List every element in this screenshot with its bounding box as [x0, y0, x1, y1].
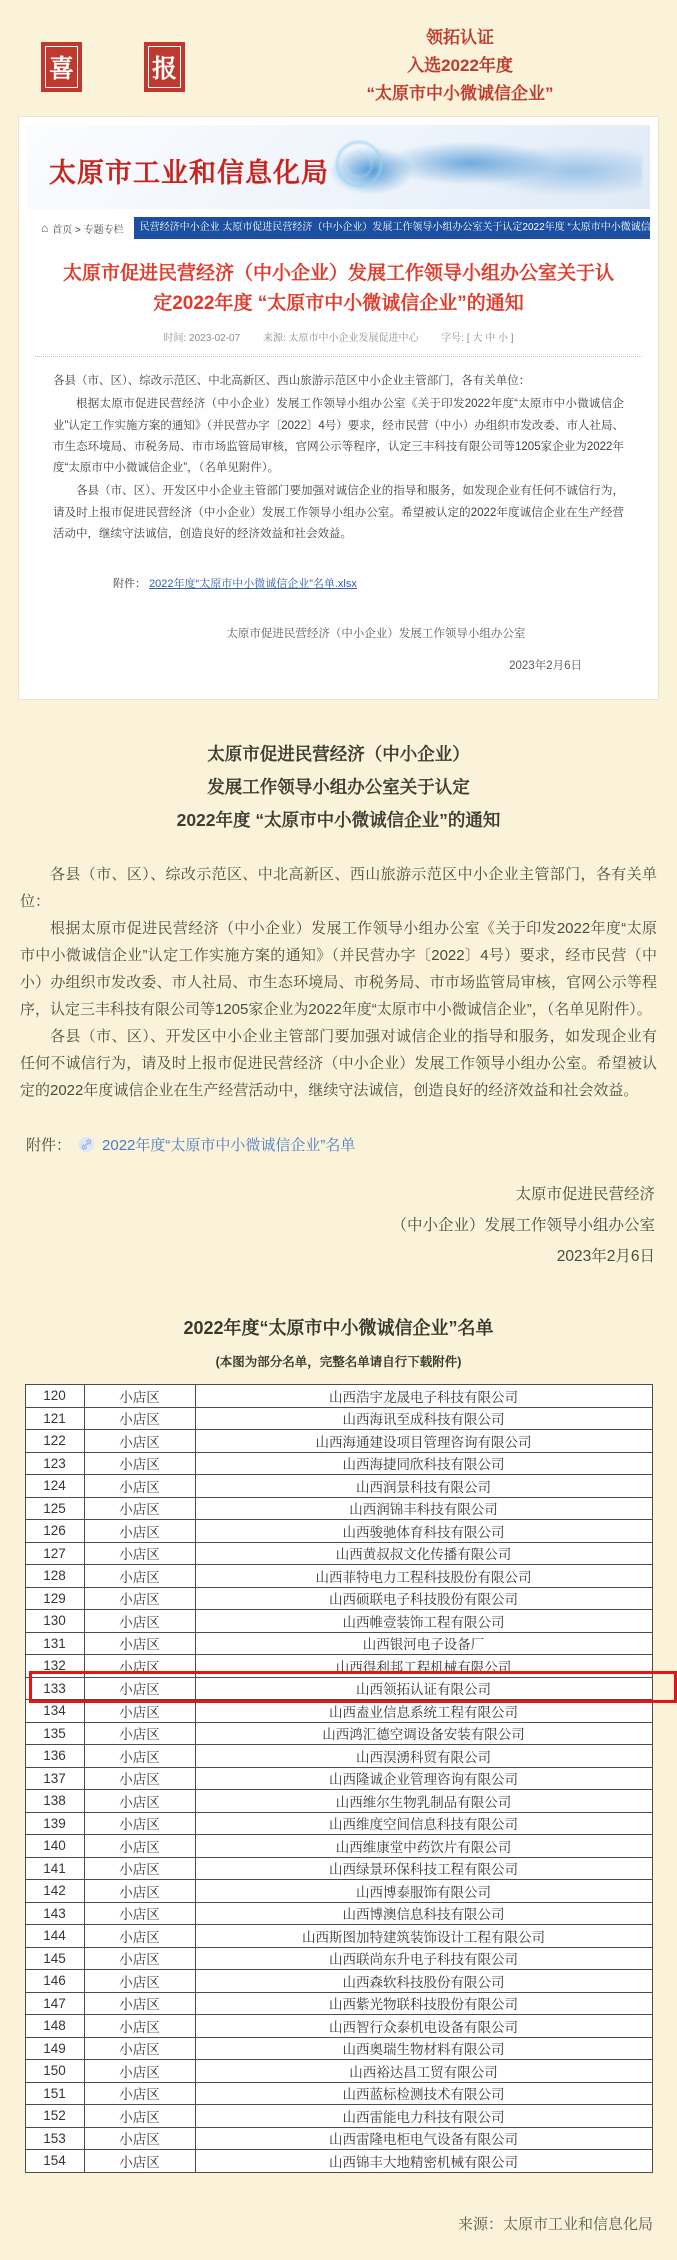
notice-signature-org-2: （中小企业）发展工作领导小组办公室 — [0, 1210, 655, 1241]
row-company: 山西鸿汇德空调设备安装有限公司 — [195, 1722, 652, 1745]
table-row: 145小店区山西联尚东升电子科技有限公司 — [25, 1947, 652, 1970]
row-company: 山西淏湧科贸有限公司 — [195, 1745, 652, 1768]
table-row: 146小店区山西森软科技股份有限公司 — [25, 1970, 652, 1993]
table-row: 137小店区山西隆诚企业管理咨询有限公司 — [25, 1767, 652, 1790]
row-number: 137 — [25, 1767, 84, 1790]
row-district: 小店区 — [84, 1700, 195, 1723]
row-company: 山西紫光物联科技股份有限公司 — [195, 1992, 652, 2015]
table-row: 125小店区山西润锦丰科技有限公司 — [25, 1497, 652, 1520]
row-company: 山西菲特电力工程科技股份有限公司 — [195, 1565, 652, 1588]
row-number: 120 — [25, 1385, 84, 1408]
row-district: 小店区 — [84, 1542, 195, 1565]
hero-line-company: 领拓认证 — [300, 24, 620, 52]
table-row: 152小店区山西雷能电力科技有限公司 — [25, 2105, 652, 2128]
row-company: 山西维康堂中药饮片有限公司 — [195, 1835, 652, 1858]
row-company: 山西绿景环保科技工程有限公司 — [195, 1857, 652, 1880]
notice-signature: 太原市促进民营经济 （中小企业）发展工作领导小组办公室 2023年2月6日 — [0, 1179, 677, 1272]
article-meta: 时间: 2023-02-07 来源: 太原市中小企业发展促进中心 字号: [ 大… — [27, 329, 650, 344]
row-company: 山西维度空间信息科技有限公司 — [195, 1812, 652, 1835]
table-row: 153小店区山西雷隆电柜电气设备有限公司 — [25, 2127, 652, 2150]
row-number: 138 — [25, 1790, 84, 1813]
article-paragraph-decision: 根据太原市促进民营经济（中小企业）发展工作领导小组办公室《关于印发2022年度“… — [53, 394, 624, 479]
row-company: 山西得利邦工程机械有限公司 — [195, 1655, 652, 1678]
row-number: 122 — [25, 1430, 84, 1453]
seal-xi: 喜 — [41, 42, 82, 92]
site-title: 太原市工业和信息化局 — [49, 151, 329, 190]
row-company: 山西海通建设项目管理咨询有限公司 — [195, 1430, 652, 1453]
row-company: 山西帷壹装饰工程有限公司 — [195, 1610, 652, 1633]
row-district: 小店区 — [84, 1610, 195, 1633]
notice-paragraph-requirements: 各县（市、区）、开发区中小企业主管部门要加强对诚信企业的指导和服务，如发现企业有… — [20, 1023, 657, 1104]
row-number: 124 — [25, 1475, 84, 1498]
row-district: 小店区 — [84, 2015, 195, 2038]
table-row: 133小店区山西领拓认证有限公司 — [25, 1677, 652, 1700]
row-company: 山西骏驰体育科技有限公司 — [195, 1520, 652, 1543]
row-district: 小店区 — [84, 1790, 195, 1813]
row-number: 134 — [25, 1700, 84, 1723]
row-company: 山西盍业信息系统工程有限公司 — [195, 1700, 652, 1723]
breadcrumb-current[interactable]: 民营经济中小企业 太原市促进民营经济（中小企业）发展工作领导小组办公室关于认定2… — [134, 217, 650, 239]
row-number: 128 — [25, 1565, 84, 1588]
table-row: 136小店区山西淏湧科贸有限公司 — [25, 1745, 652, 1768]
row-number: 129 — [25, 1587, 84, 1610]
article-body: 各县（市、区）、综改示范区、中北高新区、西山旅游示范区中小企业主管部门，各有关单… — [53, 371, 624, 545]
breadcrumb-home-label: 首页 > 专题专栏 — [52, 221, 123, 236]
row-district: 小店区 — [84, 1452, 195, 1475]
meta-time: 时间: 2023-02-07 — [163, 333, 240, 344]
table-row: 138小店区山西维尔生物乳制品有限公司 — [25, 1790, 652, 1813]
row-number: 126 — [25, 1520, 84, 1543]
seal-bao-char: 报 — [148, 46, 181, 88]
hero-line-selected: 入选2022年度 — [300, 52, 620, 80]
notice-title-line-1: 太原市促进民营经济（中小企业） — [0, 738, 677, 771]
row-number: 132 — [25, 1655, 84, 1678]
row-district: 小店区 — [84, 1407, 195, 1430]
row-number: 147 — [25, 1992, 84, 2015]
row-company: 山西森软科技股份有限公司 — [195, 1970, 652, 1993]
article-signature-org: 太原市促进民营经济（中小企业）发展工作领导小组办公室 — [27, 625, 650, 641]
website-screenshot: 太原市工业和信息化局 ⌂ 首页 > 专题专栏 民营经济中小企业 太原市促进民营经… — [18, 116, 659, 700]
row-number: 146 — [25, 1970, 84, 1993]
row-number: 135 — [25, 1722, 84, 1745]
notice-attachment-link[interactable]: 2022年度“太原市中小微诚信企业”名单 — [102, 1134, 355, 1155]
table-row: 144小店区山西斯图加特建筑装饰设计工程有限公司 — [25, 1925, 652, 1948]
company-table-wrap: 120小店区山西浩宇龙晟电子科技有限公司121小店区山西海讯至成科技有限公司12… — [25, 1384, 653, 2173]
notice-title-line-3: 2022年度 “太原市中小微诚信企业”的通知 — [0, 804, 677, 837]
row-company: 山西海捷同欣科技有限公司 — [195, 1452, 652, 1475]
row-district: 小店区 — [84, 1565, 195, 1588]
row-district: 小店区 — [84, 1655, 195, 1678]
row-district: 小店区 — [84, 1947, 195, 1970]
row-district: 小店区 — [84, 1767, 195, 1790]
table-row: 141小店区山西绿景环保科技工程有限公司 — [25, 1857, 652, 1880]
row-district: 小店区 — [84, 1497, 195, 1520]
link-icon — [78, 1136, 95, 1153]
row-district: 小店区 — [84, 1835, 195, 1858]
row-company: 山西雷能电力科技有限公司 — [195, 2105, 652, 2128]
row-company: 山西隆诚企业管理咨询有限公司 — [195, 1767, 652, 1790]
row-company: 山西斯图加特建筑装饰设计工程有限公司 — [195, 1925, 652, 1948]
row-number: 150 — [25, 2060, 84, 2083]
row-number: 127 — [25, 1542, 84, 1565]
notice-attachment-label: 附件： — [26, 1134, 71, 1155]
site-banner: 太原市工业和信息化局 — [27, 125, 650, 209]
row-number: 121 — [25, 1407, 84, 1430]
table-row: 151小店区山西蓝标检测技术有限公司 — [25, 2082, 652, 2105]
seal-xi-char: 喜 — [45, 46, 78, 88]
table-row: 121小店区山西海讯至成科技有限公司 — [25, 1407, 652, 1430]
home-icon: ⌂ — [41, 221, 48, 235]
notice-signature-date: 2023年2月6日 — [0, 1241, 655, 1272]
row-district: 小店区 — [84, 2037, 195, 2060]
row-company: 山西黄叔叔文化传播有限公司 — [195, 1542, 652, 1565]
row-company: 山西博泰服饰有限公司 — [195, 1880, 652, 1903]
notice-paragraph-decision: 根据太原市促进民营经济（中小企业）发展工作领导小组办公室《关于印发2022年度“… — [20, 915, 657, 1023]
table-row: 132小店区山西得利邦工程机械有限公司 — [25, 1655, 652, 1678]
article-attachment: 附件： 2022年度“太原市中小微诚信企业”名单.xlsx — [113, 575, 624, 591]
notice-attachment: 附件： 2022年度“太原市中小微诚信企业”名单 — [26, 1134, 657, 1155]
row-number: 141 — [25, 1857, 84, 1880]
table-row: 135小店区山西鸿汇德空调设备安装有限公司 — [25, 1722, 652, 1745]
row-district: 小店区 — [84, 2127, 195, 2150]
row-company: 山西海讯至成科技有限公司 — [195, 1407, 652, 1430]
row-company: 山西雷隆电柜电气设备有限公司 — [195, 2127, 652, 2150]
table-row: 143小店区山西博澳信息科技有限公司 — [25, 1902, 652, 1925]
table-row: 142小店区山西博泰服饰有限公司 — [25, 1880, 652, 1903]
row-company: 山西银河电子设备厂 — [195, 1632, 652, 1655]
row-district: 小店区 — [84, 2060, 195, 2083]
table-row: 154小店区山西锦丰大地精密机械有限公司 — [25, 2150, 652, 2173]
table-row: 128小店区山西菲特电力工程科技股份有限公司 — [25, 1565, 652, 1588]
row-number: 136 — [25, 1745, 84, 1768]
row-number: 131 — [25, 1632, 84, 1655]
table-row: 150小店区山西裕达昌工贸有限公司 — [25, 2060, 652, 2083]
hero-banner: 喜 报 领拓认证 入选2022年度 “太原市中小微诚信企业” — [0, 0, 677, 116]
row-district: 小店区 — [84, 2082, 195, 2105]
row-company: 山西维尔生物乳制品有限公司 — [195, 1790, 652, 1813]
row-number: 144 — [25, 1925, 84, 1948]
notice-body: 各县（市、区）、综改示范区、中北高新区、西山旅游示范区中小企业主管部门，各有关单… — [20, 861, 657, 1104]
row-district: 小店区 — [84, 1812, 195, 1835]
row-district: 小店区 — [84, 1857, 195, 1880]
row-number: 149 — [25, 2037, 84, 2060]
row-district: 小店区 — [84, 1745, 195, 1768]
table-row: 149小店区山西奥瑞生物材料有限公司 — [25, 2037, 652, 2060]
source-line: 来源：太原市工业和信息化局 — [0, 2213, 677, 2260]
row-district: 小店区 — [84, 1722, 195, 1745]
company-table: 120小店区山西浩宇龙晟电子科技有限公司121小店区山西海讯至成科技有限公司12… — [25, 1384, 653, 2173]
row-district: 小店区 — [84, 1385, 195, 1408]
list-header: 2022年度“太原市中小微诚信企业”名单 (本图为部分名单，完整名单请自行下载附… — [0, 1314, 677, 1370]
row-district: 小店区 — [84, 1430, 195, 1453]
article-title: 太原市促进民营经济（中小企业）发展工作领导小组办公室关于认定2022年度 “太原… — [55, 259, 622, 319]
row-number: 139 — [25, 1812, 84, 1835]
notice-paragraph-salutation: 各县（市、区）、综改示范区、中北高新区、西山旅游示范区中小企业主管部门，各有关单… — [20, 861, 657, 915]
notice-signature-org-1: 太原市促进民营经济 — [0, 1179, 655, 1210]
table-row: 148小店区山西智行众泰机电设备有限公司 — [25, 2015, 652, 2038]
row-district: 小店区 — [84, 1902, 195, 1925]
notice-title-line-2: 发展工作领导小组办公室关于认定 — [0, 771, 677, 804]
row-company: 山西联尚东升电子科技有限公司 — [195, 1947, 652, 1970]
row-number: 143 — [25, 1902, 84, 1925]
row-number: 154 — [25, 2150, 84, 2173]
row-number: 148 — [25, 2015, 84, 2038]
row-number: 152 — [25, 2105, 84, 2128]
row-district: 小店区 — [84, 1475, 195, 1498]
article-signature-date: 2023年2月6日 — [27, 657, 650, 673]
table-row: 134小店区山西盍业信息系统工程有限公司 — [25, 1700, 652, 1723]
row-district: 小店区 — [84, 1677, 195, 1700]
row-company: 山西锦丰大地精密机械有限公司 — [195, 2150, 652, 2173]
row-district: 小店区 — [84, 1632, 195, 1655]
attachment-label: 附件： — [113, 578, 146, 590]
row-company: 山西智行众泰机电设备有限公司 — [195, 2015, 652, 2038]
separator — [35, 356, 642, 357]
attachment-xlsx-link[interactable]: 2022年度“太原市中小微诚信企业”名单.xlsx — [149, 578, 357, 590]
row-number: 123 — [25, 1452, 84, 1475]
article-paragraph-salutation: 各县（市、区）、综改示范区、中北高新区、西山旅游示范区中小企业主管部门，各有关单… — [53, 371, 624, 392]
banner-graphic — [312, 129, 642, 205]
meta-fontsize-control[interactable]: 字号: [ 大 中 小 ] — [441, 333, 513, 344]
breadcrumb-home[interactable]: ⌂ 首页 > 专题专栏 — [27, 217, 134, 239]
row-number: 151 — [25, 2082, 84, 2105]
list-subtitle: (本图为部分名单，完整名单请自行下载附件) — [0, 1352, 677, 1370]
row-number: 153 — [25, 2127, 84, 2150]
table-row: 140小店区山西维康堂中药饮片有限公司 — [25, 1835, 652, 1858]
table-row: 124小店区山西润景科技有限公司 — [25, 1475, 652, 1498]
row-company: 山西润锦丰科技有限公司 — [195, 1497, 652, 1520]
row-company: 山西浩宇龙晟电子科技有限公司 — [195, 1385, 652, 1408]
table-row: 131小店区山西银河电子设备厂 — [25, 1632, 652, 1655]
table-row: 122小店区山西海通建设项目管理咨询有限公司 — [25, 1430, 652, 1453]
table-row: 130小店区山西帷壹装饰工程有限公司 — [25, 1610, 652, 1633]
row-company: 山西领拓认证有限公司 — [195, 1677, 652, 1700]
table-row: 139小店区山西维度空间信息科技有限公司 — [25, 1812, 652, 1835]
row-number: 130 — [25, 1610, 84, 1633]
table-row: 129小店区山西硕联电子科技股份有限公司 — [25, 1587, 652, 1610]
ring-dotted-icon — [345, 150, 373, 178]
row-district: 小店区 — [84, 1587, 195, 1610]
table-row: 126小店区山西骏驰体育科技有限公司 — [25, 1520, 652, 1543]
row-district: 小店区 — [84, 1925, 195, 1948]
notice-title: 太原市促进民营经济（中小企业） 发展工作领导小组办公室关于认定 2022年度 “… — [0, 738, 677, 837]
row-number: 140 — [25, 1835, 84, 1858]
article-paragraph-requirements: 各县（市、区）、开发区中小企业主管部门要加强对诚信企业的指导和服务，如发现企业有… — [53, 481, 624, 545]
row-district: 小店区 — [84, 1970, 195, 1993]
company-table-body: 120小店区山西浩宇龙晟电子科技有限公司121小店区山西海讯至成科技有限公司12… — [25, 1385, 652, 2173]
breadcrumb: ⌂ 首页 > 专题专栏 民营经济中小企业 太原市促进民营经济（中小企业）发展工作… — [27, 217, 650, 239]
row-number: 142 — [25, 1880, 84, 1903]
notice-section: 太原市促进民营经济（中小企业） 发展工作领导小组办公室关于认定 2022年度 “… — [0, 700, 677, 1272]
row-number: 125 — [25, 1497, 84, 1520]
row-district: 小店区 — [84, 1520, 195, 1543]
row-company: 山西裕达昌工贸有限公司 — [195, 2060, 652, 2083]
table-row: 127小店区山西黄叔叔文化传播有限公司 — [25, 1542, 652, 1565]
table-row: 120小店区山西浩宇龙晟电子科技有限公司 — [25, 1385, 652, 1408]
row-number: 133 — [25, 1677, 84, 1700]
row-company: 山西润景科技有限公司 — [195, 1475, 652, 1498]
table-row: 123小店区山西海捷同欣科技有限公司 — [25, 1452, 652, 1475]
hero-line-award: “太原市中小微诚信企业” — [300, 80, 620, 108]
row-company: 山西奥瑞生物材料有限公司 — [195, 2037, 652, 2060]
row-number: 145 — [25, 1947, 84, 1970]
row-company: 山西蓝标检测技术有限公司 — [195, 2082, 652, 2105]
row-district: 小店区 — [84, 1992, 195, 2015]
meta-source: 来源: 太原市中小企业发展促进中心 — [263, 333, 419, 344]
row-district: 小店区 — [84, 1880, 195, 1903]
table-row: 147小店区山西紫光物联科技股份有限公司 — [25, 1992, 652, 2015]
hero-text: 领拓认证 入选2022年度 “太原市中小微诚信企业” — [300, 24, 620, 108]
row-district: 小店区 — [84, 2150, 195, 2173]
seal-bao: 报 — [144, 42, 185, 92]
row-company: 山西硕联电子科技股份有限公司 — [195, 1587, 652, 1610]
list-title: 2022年度“太原市中小微诚信企业”名单 — [0, 1314, 677, 1340]
row-district: 小店区 — [84, 2105, 195, 2128]
row-company: 山西博澳信息科技有限公司 — [195, 1902, 652, 1925]
